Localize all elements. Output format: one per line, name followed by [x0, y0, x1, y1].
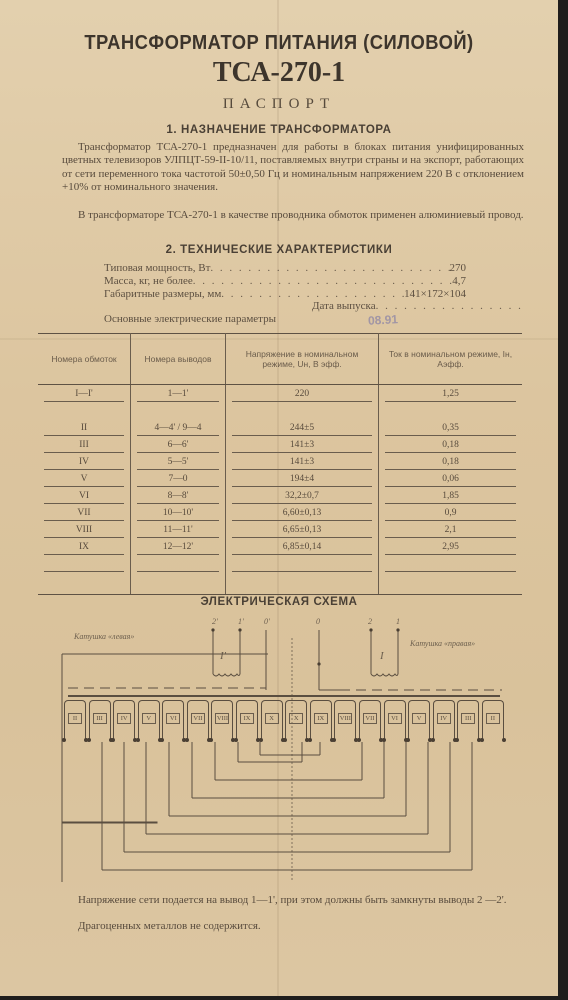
- winding-numeral: III: [461, 713, 475, 724]
- section1-paragraph1: Трансформатор ТСА-270-1 предназначен для…: [62, 141, 524, 195]
- winding-numeral: V: [142, 713, 156, 724]
- table-row: VIII 11—11' 6,65±0,13 2,1: [38, 521, 522, 538]
- table-row: VII 10—10' 6,60±0,13 0,9: [38, 504, 522, 521]
- winding-cell: VII: [44, 508, 124, 521]
- winding-coil: V: [138, 700, 160, 739]
- terminal-dot: [185, 738, 189, 742]
- terminal-dot: [357, 738, 361, 742]
- winding-coil: IV: [433, 700, 455, 739]
- voltage-cell: 6,65±0,13: [232, 525, 372, 538]
- winding-coil: X: [261, 700, 283, 739]
- terminals-cell: 1—1': [137, 389, 219, 402]
- winding-numeral: VIII: [338, 713, 352, 724]
- electrical-schematic: Катушка «левая» Катушка «правая» 2' 1' 0…: [40, 612, 530, 892]
- winding-cell: VI: [44, 491, 124, 504]
- table-row: II 4—4' / 9—4 244±5 0,35: [38, 402, 522, 436]
- terminal-dot: [136, 738, 140, 742]
- footer-note-supply: Напряжение сети подается на вывод 1—1', …: [62, 894, 524, 907]
- winding-coil: II: [482, 700, 504, 739]
- voltage-cell: 194±4: [232, 474, 372, 487]
- winding-numeral: VII: [363, 713, 377, 724]
- winding-cell: II: [44, 423, 124, 436]
- winding-coil: VIII: [334, 700, 356, 739]
- terminal-dot: [62, 738, 66, 742]
- voltage-cell: 141±3: [232, 457, 372, 470]
- winding-coil: IX: [236, 700, 258, 739]
- winding-numeral: VI: [166, 713, 180, 724]
- table-header-row: Номера обмоток Номера выводов Напряжение…: [38, 334, 522, 385]
- supply-note-text: Напряжение сети подается на вывод 1—1', …: [78, 894, 507, 906]
- terminals-cell: 10—10': [137, 508, 219, 521]
- current-cell: 2,1: [385, 525, 516, 538]
- schema-heading: ЭЛЕКТРИЧЕСКАЯ СХЕМА: [0, 596, 558, 608]
- winding-coil: X: [285, 700, 307, 739]
- passport-sheet: ТРАНСФОРМАТОР ПИТАНИЯ (СИЛОВОЙ) ТСА-270-…: [0, 0, 558, 996]
- winding-numeral: IV: [437, 713, 451, 724]
- terminals-cell: 5—5': [137, 457, 219, 470]
- terminal-dot: [259, 738, 263, 742]
- spec-row-mass: Масса, кг, не более . . . . . . . . . . …: [104, 275, 466, 288]
- current-cell: 0,9: [385, 508, 516, 521]
- winding-cell: IV: [44, 457, 124, 470]
- section2-heading: 2. ТЕХНИЧЕСКИЕ ХАРАКТЕРИСТИКИ: [0, 244, 558, 256]
- winding-coil: VI: [384, 700, 406, 739]
- schematic-drawing: [40, 612, 530, 892]
- winding-numeral: VII: [191, 713, 205, 724]
- spec-value: 4,7: [452, 275, 466, 288]
- voltage-cell: 141±3: [232, 440, 372, 453]
- voltage-cell: 220: [232, 389, 372, 402]
- table-row: V 7—0 194±4 0,06: [38, 470, 522, 487]
- terminal-dot: [480, 738, 484, 742]
- winding-numeral: IX: [240, 713, 254, 724]
- winding-numeral: VI: [388, 713, 402, 724]
- winding-numeral: II: [486, 713, 500, 724]
- terminal-dot: [382, 738, 386, 742]
- terminals-cell: 12—12': [137, 542, 219, 555]
- section1-heading: 1. НАЗНАЧЕНИЕ ТРАНСФОРМАТОРА: [0, 124, 558, 136]
- table-row: IX 12—12' 6,85±0,14 2,95: [38, 538, 522, 555]
- terminal-dot: [308, 738, 312, 742]
- winding-numeral: V: [412, 713, 426, 724]
- terminals-cell: 6—6': [137, 440, 219, 453]
- current-cell: 0,06: [385, 474, 516, 487]
- winding-numeral: X: [289, 713, 303, 724]
- header-winding: Номера обмоток: [38, 334, 131, 385]
- release-date-stamp: 08.91: [368, 312, 399, 328]
- terminal-dot: [431, 738, 435, 742]
- header-current: Ток в номинальном режиме, Iн, Аэфф.: [379, 334, 523, 385]
- winding-numeral: II: [68, 713, 82, 724]
- spec-label: Типовая мощность, Вт: [104, 262, 210, 275]
- footer-note-metals: Драгоценных металлов не содержится.: [62, 920, 524, 933]
- leader-dots: . . . . . . . . . . . . . . . . . . . . …: [376, 300, 522, 313]
- winding-coil: VI: [162, 700, 184, 739]
- winding-numeral: X: [265, 713, 279, 724]
- winding-coil: II: [64, 700, 86, 739]
- winding-cell: IX: [44, 542, 124, 555]
- winding-coil: IX: [310, 700, 332, 739]
- current-cell: 1,25: [385, 389, 516, 402]
- winding-cell: I—I': [44, 389, 124, 402]
- table-row: IV 5—5' 141±3 0,18: [38, 453, 522, 470]
- spec-label: Масса, кг, не более: [104, 275, 193, 288]
- table-row-empty: [38, 572, 522, 595]
- paragraph-text: В трансформаторе ТСА-270-1 в качестве пр…: [78, 209, 524, 221]
- voltage-cell: 6,60±0,13: [232, 508, 372, 521]
- current-cell: 0,35: [385, 423, 516, 436]
- electrical-parameters-table: Номера обмоток Номера выводов Напряжение…: [38, 333, 522, 595]
- header-voltage: Напряжение в номинальном режиме, Uн, В э…: [226, 334, 379, 385]
- spec-value: 270: [450, 262, 467, 275]
- winding-coil: IV: [113, 700, 135, 739]
- winding-cell: VIII: [44, 525, 124, 538]
- current-cell: 0,18: [385, 457, 516, 470]
- current-cell: 2,95: [385, 542, 516, 555]
- document-type: ПАСПОРТ: [0, 96, 558, 113]
- terminals-cell: 4—4' / 9—4: [137, 423, 219, 436]
- winding-numeral: IV: [117, 713, 131, 724]
- winding-numeral: VIII: [215, 713, 229, 724]
- winding-coil: III: [457, 700, 479, 739]
- terminals-cell: 7—0: [137, 474, 219, 487]
- precious-metals-note-text: Драгоценных металлов не содержится.: [78, 920, 261, 932]
- document-title: ТРАНСФОРМАТОР ПИТАНИЯ (СИЛОВОЙ): [22, 32, 535, 55]
- voltage-cell: 6,85±0,14: [232, 542, 372, 555]
- leader-dots: . . . . . . . . . . . . . . . . . . . . …: [210, 262, 449, 275]
- winding-coil: VII: [187, 700, 209, 739]
- table-row: III 6—6' 141±3 0,18: [38, 436, 522, 453]
- current-cell: 0,18: [385, 440, 516, 453]
- terminals-cell: 8—8': [137, 491, 219, 504]
- release-date-label: Дата выпуска: [312, 300, 376, 313]
- terminal-dot: [87, 738, 91, 742]
- table-row: I—I' 1—1' 220 1,25: [38, 385, 522, 403]
- winding-cell: V: [44, 474, 124, 487]
- terminal-dot: [502, 738, 506, 742]
- winding-cell: III: [44, 440, 124, 453]
- winding-coil: VIII: [211, 700, 233, 739]
- section1-paragraph2: В трансформаторе ТСА-270-1 в качестве пр…: [62, 209, 524, 222]
- leader-dots: . . . . . . . . . . . . . . . . . . . . …: [193, 275, 452, 288]
- winding-coil-row: IIIIIIVVVIVIIVIIIIXXXIXVIIIVIIVIVIVIIIII: [64, 700, 504, 740]
- table-row-empty: [38, 555, 522, 572]
- terminals-cell: 11—11': [137, 525, 219, 538]
- table-row: VI 8—8' 32,2±0,7 1,85: [38, 487, 522, 504]
- winding-coil: III: [89, 700, 111, 739]
- winding-coil: VII: [359, 700, 381, 739]
- header-terminals: Номера выводов: [131, 334, 226, 385]
- spec-label: Габаритные размеры, мм: [104, 288, 221, 301]
- current-cell: 1,85: [385, 491, 516, 504]
- winding-numeral: III: [93, 713, 107, 724]
- paragraph-text: Трансформатор ТСА-270-1 предназначен для…: [62, 141, 524, 193]
- electrical-params-label: Основные электрические параметры: [104, 313, 276, 326]
- voltage-cell: 244±5: [232, 423, 372, 436]
- model-number: ТСА-270-1: [0, 57, 558, 89]
- release-date-row: Дата выпуска . . . . . . . . . . . . . .…: [312, 300, 522, 313]
- voltage-cell: 32,2±0,7: [232, 491, 372, 504]
- spec-row-power: Типовая мощность, Вт . . . . . . . . . .…: [104, 262, 466, 275]
- electrical-params-label-row: Основные электрические параметры: [104, 313, 466, 326]
- winding-numeral: IX: [314, 713, 328, 724]
- winding-coil: V: [408, 700, 430, 739]
